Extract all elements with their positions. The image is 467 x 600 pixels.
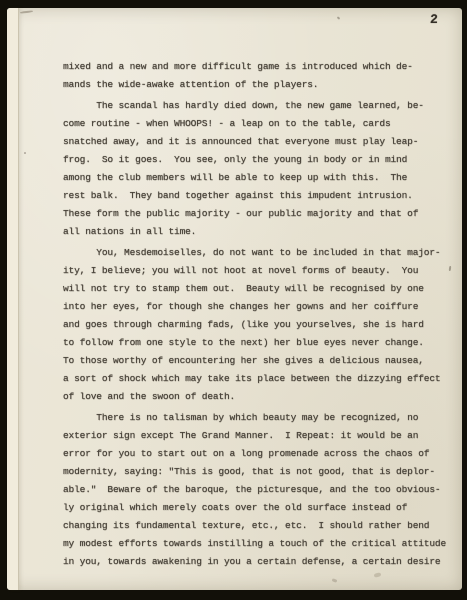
typed-line: a sort of shock which may take its place… bbox=[63, 370, 459, 388]
typed-line: able." Beware of the baroque, the pictur… bbox=[63, 481, 459, 499]
paragraph: mixed and a new and more difficult game … bbox=[63, 58, 459, 94]
typed-line: snatched away, and it is announced that … bbox=[63, 133, 459, 151]
typed-line: all nations in all time. bbox=[63, 223, 459, 241]
typed-line: rest balk. They band together against th… bbox=[63, 187, 459, 205]
typed-line: These form the public majority - our pub… bbox=[63, 205, 459, 223]
typed-line: in you, towards awakening in you a certa… bbox=[63, 553, 459, 571]
typed-line: among the club members will be able to k… bbox=[63, 169, 459, 187]
typed-line: to follow from one style to the next) he… bbox=[63, 334, 459, 352]
typed-line: come routine - when WHOOPS! - a leap on … bbox=[63, 115, 459, 133]
document-page: 2 mixed and a new and more difficult gam… bbox=[7, 8, 462, 590]
ink-speck bbox=[24, 152, 26, 154]
typed-line: You, Mesdemoiselles, do not want to be i… bbox=[63, 244, 459, 262]
typed-line: The scandal has hardly died down, the ne… bbox=[63, 97, 459, 115]
typed-line: into her eyes, for though she changes he… bbox=[63, 298, 459, 316]
pencil-mark bbox=[20, 10, 33, 14]
typed-line: ity, I believe; you will not hoot at nov… bbox=[63, 262, 459, 280]
typed-line: To those worthy of encountering her she … bbox=[63, 352, 459, 370]
ink-speck bbox=[337, 16, 341, 19]
typed-line: exterior sign except The Grand Manner. I… bbox=[63, 427, 459, 445]
smudge-mark bbox=[332, 578, 338, 583]
page-number: 2 bbox=[430, 12, 439, 27]
typed-line: of love and the swoon of death. bbox=[63, 388, 459, 406]
typed-line: error for you to start out on a long pro… bbox=[63, 445, 459, 463]
typed-line: and goes through charming fads, (like yo… bbox=[63, 316, 459, 334]
typed-line: mands the wide-awake attention of the pl… bbox=[63, 76, 459, 94]
paragraph: There is no talisman by which beauty may… bbox=[63, 409, 459, 571]
typed-line: ly original which merely coats over the … bbox=[63, 499, 459, 517]
typed-line: modernity, saying: "This is good, that i… bbox=[63, 463, 459, 481]
typed-line: will not try to stamp them out. Beauty w… bbox=[63, 280, 459, 298]
typed-line: my modest efforts towards instilling a t… bbox=[63, 535, 459, 553]
photo-border: 2 mixed and a new and more difficult gam… bbox=[0, 0, 467, 600]
typed-line: mixed and a new and more difficult game … bbox=[63, 58, 459, 76]
smudge-mark bbox=[374, 572, 382, 578]
page-left-edge-fold bbox=[7, 8, 19, 590]
typed-line: There is no talisman by which beauty may… bbox=[63, 409, 459, 427]
paragraph: You, Mesdemoiselles, do not want to be i… bbox=[63, 244, 459, 406]
paragraph: The scandal has hardly died down, the ne… bbox=[63, 97, 459, 241]
typed-line: frog. So it goes. You see, only the youn… bbox=[63, 151, 459, 169]
typed-text-block: mixed and a new and more difficult game … bbox=[63, 58, 459, 571]
typed-line: changing its fundamental texture, etc., … bbox=[63, 517, 459, 535]
